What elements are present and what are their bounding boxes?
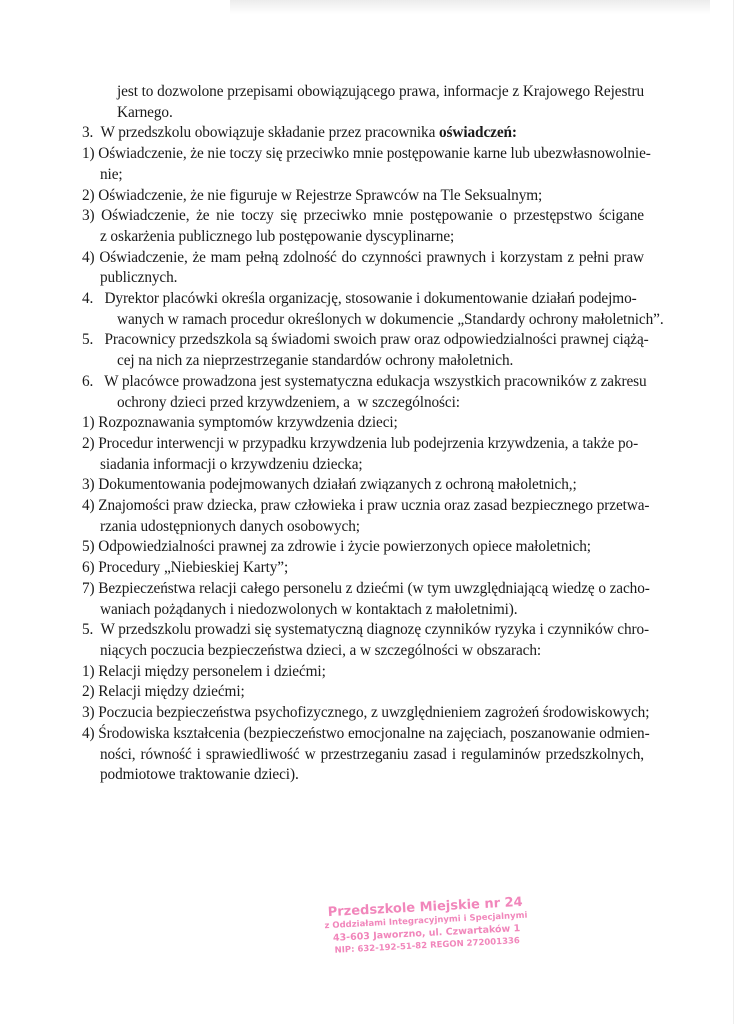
scanned-page: jest to dozwolone przepisami obowiązując… [0, 0, 744, 1024]
text-line: cej na nich za nieprzestrzeganie standar… [82, 351, 644, 372]
section-5b: 5. W przedszkolu prowadzi się systematyc… [82, 620, 644, 641]
institution-stamp: Przedszkole Miejskie nr 24 z Oddziałami … [310, 894, 542, 958]
list-item: 1) Rozpoznawania symptomów krzywdzenia d… [82, 413, 644, 434]
text-line: z oskarżenia publicznego lub postępowani… [82, 227, 644, 248]
list-item: 2) Procedur interwencji w przypadku krzy… [82, 434, 644, 455]
list-item: 1) Oświadczenie, że nie toczy się przeci… [82, 144, 644, 165]
text-line: nie; [82, 165, 644, 186]
text-line: ochrony dzieci przed krzywdzeniem, a w s… [82, 393, 644, 414]
text-line: jest to dozwolone przepisami obowiązując… [82, 82, 644, 103]
text-line: siadania informacji o krzywdzeniu dzieck… [82, 455, 644, 476]
bold-term: oświadczeń: [439, 124, 517, 141]
text-line: ności, równość i sprawiedliwość w przest… [82, 745, 644, 766]
list-item: 2) Relacji między dziećmi; [82, 682, 644, 703]
list-item: 4) Środowiska kształcenia (bezpieczeństw… [82, 724, 644, 745]
section-6: 6. W placówce prowadzona jest systematyc… [82, 372, 644, 393]
section-3-heading: 3. W przedszkolu obowiązuje składanie pr… [82, 123, 644, 144]
section-5: 5. Pracownicy przedszkola są świadomi sw… [82, 330, 644, 351]
list-item: 3) Oświadczenie, że nie toczy się przeci… [82, 206, 644, 227]
text-line: niących poczucia bezpieczeństwa dzieci, … [82, 641, 644, 662]
list-item: 4) Znajomości praw dziecka, praw człowie… [82, 496, 644, 517]
list-item: 5) Odpowiedzialności prawnej za zdrowie … [82, 537, 644, 558]
list-item: 7) Bezpieczeństwa relacji całego persone… [82, 579, 644, 600]
text-line: rzania udostępnionych danych osobowych; [82, 517, 644, 538]
list-item: 1) Relacji między personelem i dziećmi; [82, 662, 644, 683]
page-edge [733, 0, 734, 1024]
text-line: wanych w ramach procedur określonych w d… [82, 310, 644, 331]
text-line: waniach pożądanych i niedozwolonych w ko… [82, 600, 644, 621]
text-line: publicznych. [82, 268, 644, 289]
list-item: 3) Poczucia bezpieczeństwa psychofizyczn… [82, 703, 644, 724]
text-line: podmiotowe traktowanie dzieci). [82, 765, 644, 786]
list-item: 2) Oświadczenie, że nie figuruje w Rejes… [82, 186, 644, 207]
section-3-text: 3. W przedszkolu obowiązuje składanie pr… [82, 124, 439, 141]
scan-shadow [230, 0, 710, 14]
list-item: 4) Oświadczenie, że mam pełną zdolność d… [82, 248, 644, 269]
text-line: Karnego. [82, 103, 644, 124]
section-4: 4. Dyrektor placówki określa organizację… [82, 289, 644, 310]
document-body: jest to dozwolone przepisami obowiązując… [82, 82, 644, 786]
list-item: 6) Procedury „Niebieskiej Karty”; [82, 558, 644, 579]
list-item: 3) Dokumentowania podejmowanych działań … [82, 475, 644, 496]
